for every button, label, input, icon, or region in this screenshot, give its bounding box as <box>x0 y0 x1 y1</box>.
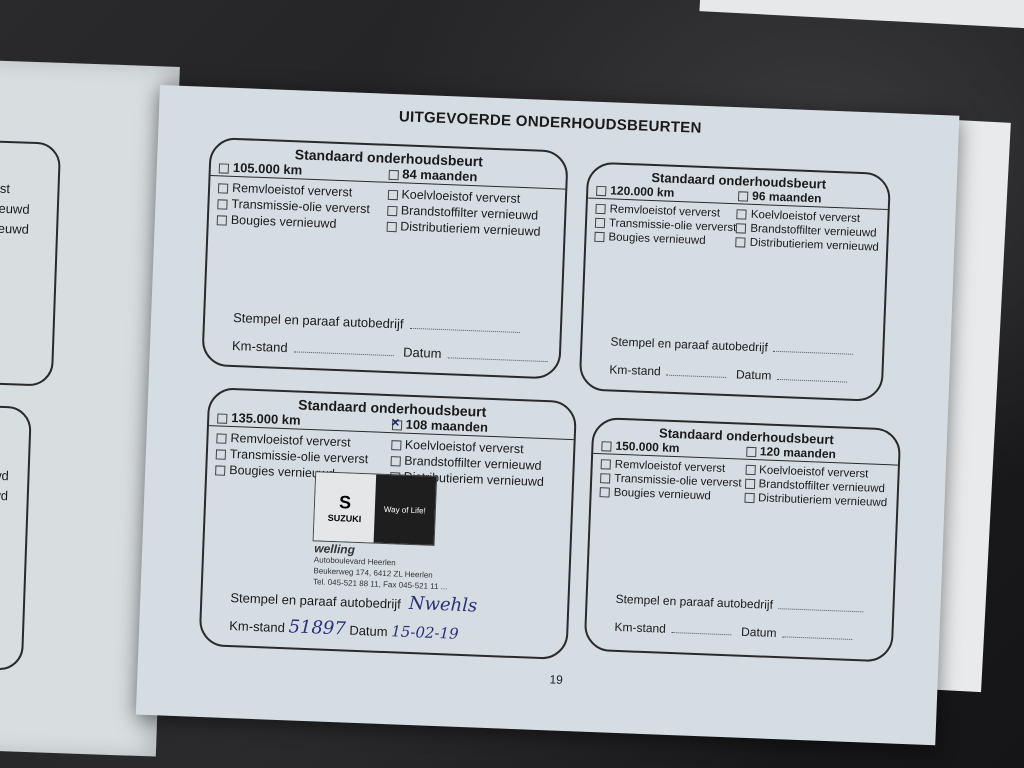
checkbox[interactable] <box>216 433 226 443</box>
months-interval: 108 maanden <box>405 417 488 435</box>
page-title: UITGEVOERDE ONDERHOUDSBEURTEN <box>399 108 702 137</box>
km-interval: 105.000 km <box>233 160 303 178</box>
stamp-label: Stempel en paraaf autobedrijf <box>230 590 401 612</box>
checkbox[interactable] <box>387 190 397 200</box>
km-value[interactable]: 51897 <box>288 616 346 639</box>
service-card-150000: Standaard onderhoudsbeurt 150.000 km 120… <box>584 417 902 663</box>
stamp-field[interactable] <box>774 351 854 355</box>
km-label: Km-stand <box>614 620 666 636</box>
date-field[interactable] <box>782 636 852 640</box>
item-label: Distributieriem vernieuwd <box>400 219 541 238</box>
checkbox[interactable] <box>386 221 396 231</box>
service-card-105000: Standaard onderhoudsbeurt 105.000 km 84 … <box>201 137 569 380</box>
km-field[interactable] <box>667 375 727 378</box>
checkbox[interactable] <box>218 183 228 193</box>
checkbox[interactable] <box>390 456 400 466</box>
checkbox[interactable] <box>594 232 604 242</box>
checkbox[interactable] <box>745 465 755 475</box>
km-field[interactable] <box>293 351 393 356</box>
checkbox[interactable] <box>601 459 611 469</box>
checkbox[interactable] <box>217 215 227 225</box>
km-interval: 120.000 km <box>610 183 675 199</box>
km-label: Km-stand <box>232 338 288 355</box>
checkbox-km[interactable] <box>601 441 611 451</box>
checkbox-months-checked[interactable] <box>391 420 401 430</box>
checkbox[interactable] <box>736 237 746 247</box>
date-label: Datum <box>741 625 777 640</box>
item-label: Bougies vernieuwd <box>231 213 337 231</box>
checkbox[interactable] <box>744 493 754 503</box>
checkbox[interactable] <box>215 465 225 475</box>
suzuki-stamp: SSUZUKI Way of Life! <box>313 471 438 546</box>
checkbox[interactable] <box>391 440 401 450</box>
stamp-slogan: Way of Life! <box>374 475 437 545</box>
date-label: Datum <box>349 623 388 639</box>
months-interval: 84 maanden <box>402 166 478 184</box>
date-field[interactable] <box>777 379 847 383</box>
fragment-text: ernieuwd <box>0 198 30 220</box>
checkbox-km[interactable] <box>596 186 606 196</box>
km-label: Km-stand <box>609 362 661 378</box>
km-interval: 135.000 km <box>231 410 301 428</box>
date-value[interactable]: 15-02-19 <box>391 622 459 643</box>
checkbox[interactable] <box>600 487 610 497</box>
months-interval: 120 maanden <box>760 444 837 461</box>
fragment-text: nieuwd <box>0 465 9 486</box>
item-label: Bougies vernieuwd <box>613 487 711 503</box>
checkbox[interactable] <box>744 479 754 489</box>
signature: Nwehls <box>408 593 477 617</box>
date-label: Datum <box>403 345 442 361</box>
stamp-field[interactable] <box>779 608 864 612</box>
checkbox[interactable] <box>595 204 605 214</box>
checkbox-km[interactable] <box>219 163 229 173</box>
km-label: Km-stand <box>229 618 285 635</box>
fragment-text: rverst <box>0 178 31 200</box>
stamp-brand: SUZUKI <box>328 512 362 523</box>
stamp-label: Stempel en paraaf autobedrijf <box>233 310 404 332</box>
months-interval: 96 maanden <box>752 189 822 206</box>
checkbox[interactable] <box>216 449 226 459</box>
checkbox-months[interactable] <box>738 191 748 201</box>
fragment-text: erst <box>0 445 10 466</box>
stamp-label: Stempel en paraaf autobedrijf <box>610 334 768 354</box>
page-number: 19 <box>549 672 563 687</box>
km-field[interactable] <box>672 632 732 635</box>
date-field[interactable] <box>447 357 547 362</box>
checkbox[interactable] <box>217 199 227 209</box>
fragment-text: ernieuwd <box>0 218 29 240</box>
item-label: Bougies vernieuwd <box>608 231 706 247</box>
km-interval: 150.000 km <box>615 439 680 455</box>
dealer-stamp: welling Autoboulevard Heerlen Beukerweg … <box>313 543 449 592</box>
left-card-top: rverst ernieuwd ernieuwd olo <box>0 139 61 387</box>
suzuki-logo-icon: S <box>339 492 352 513</box>
left-card-bottom: erst nieuwd nieuwd <box>0 403 32 670</box>
fragment-text: nieuwd <box>0 485 8 506</box>
service-card-120000: Standaard onderhoudsbeurt 120.000 km 96 … <box>579 161 892 402</box>
checkbox[interactable] <box>387 206 397 216</box>
item-label: Distributieriem vernieuwd <box>750 237 879 254</box>
item-label: Distributieriem vernieuwd <box>758 492 887 509</box>
checkbox[interactable] <box>595 218 605 228</box>
checkbox-months[interactable] <box>388 169 398 179</box>
right-page: UITGEVOERDE ONDERHOUDSBEURTEN Standaard … <box>136 85 960 745</box>
service-card-135000: Standaard onderhoudsbeurt 135.000 km 108… <box>198 387 577 660</box>
date-label: Datum <box>736 367 772 382</box>
checkbox-months[interactable] <box>746 447 756 457</box>
checkbox-km[interactable] <box>217 413 227 423</box>
checkbox[interactable] <box>600 473 610 483</box>
checkbox[interactable] <box>737 209 747 219</box>
stamp-field[interactable] <box>409 328 519 333</box>
checkbox[interactable] <box>736 223 746 233</box>
stamp-label: Stempel en paraaf autobedrijf <box>615 592 773 612</box>
